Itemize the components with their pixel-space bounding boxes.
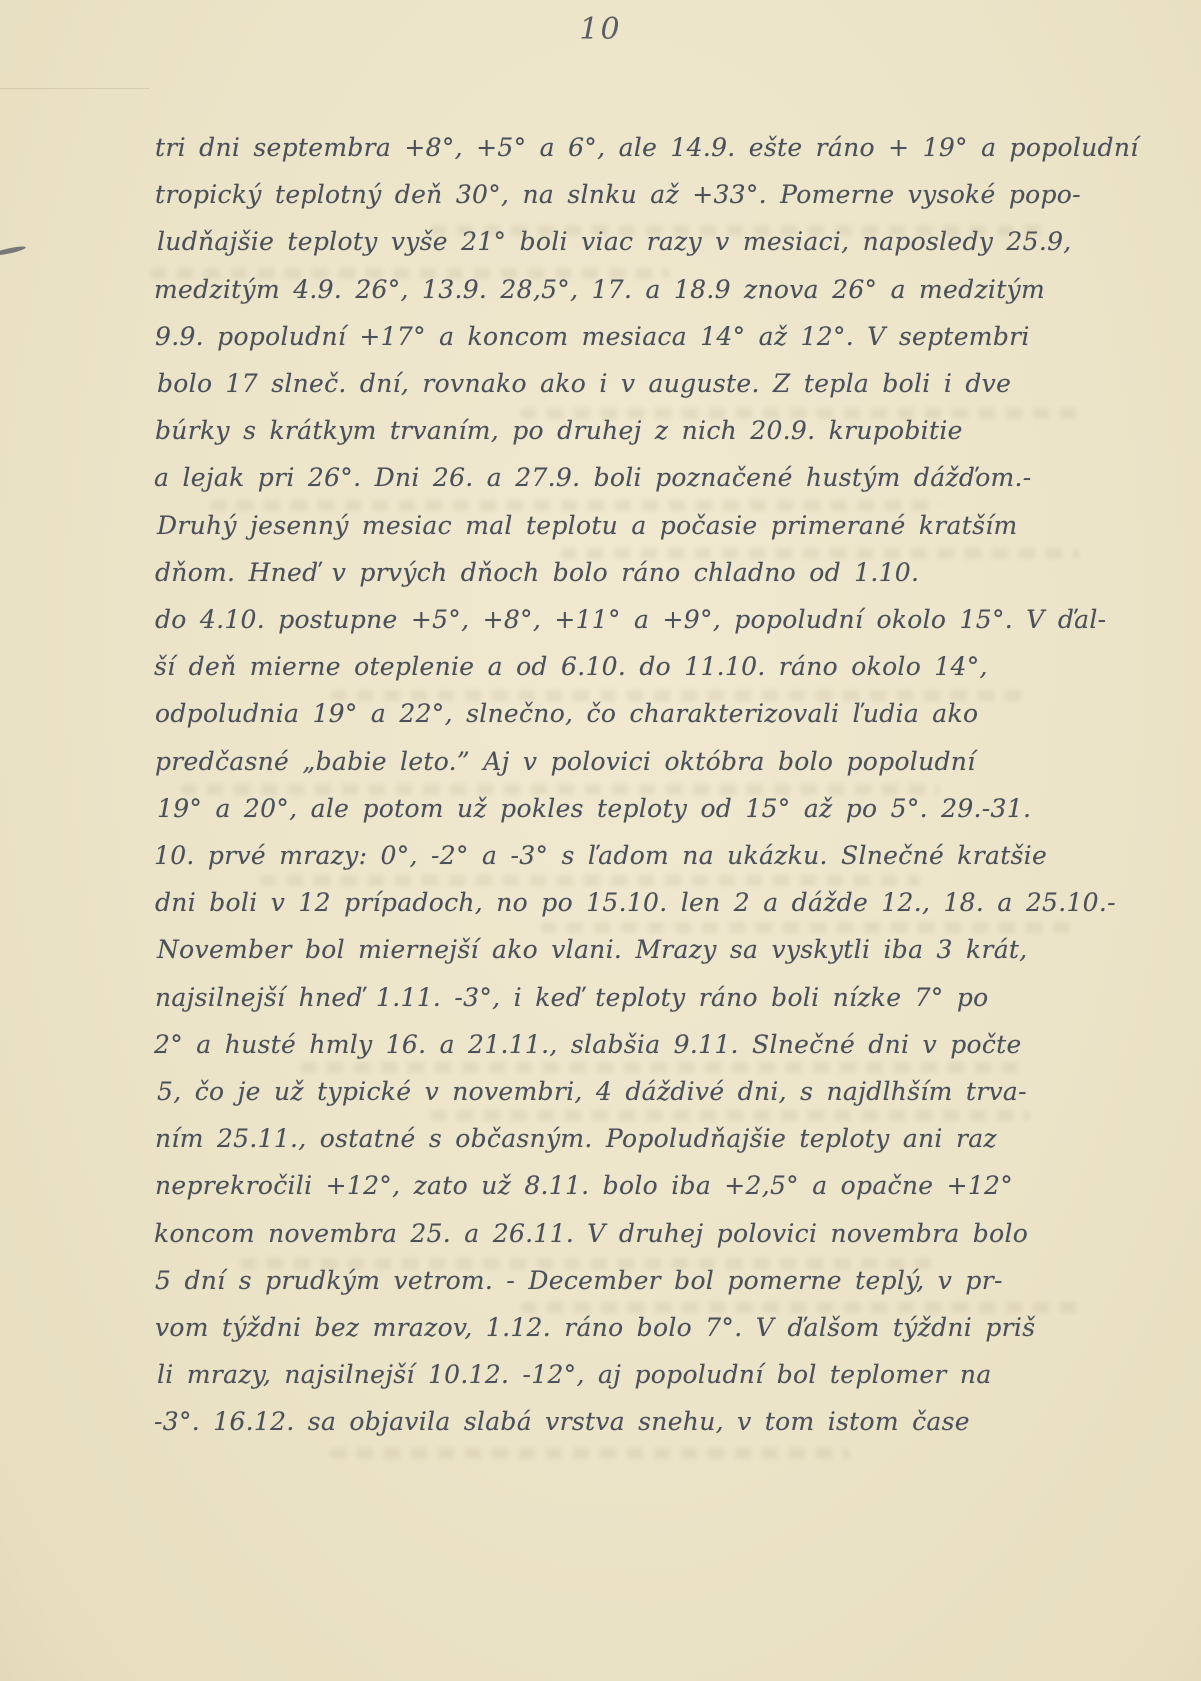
handwritten-line: 5 dní s prudkým vetrom. - December bol p… <box>155 1257 1146 1304</box>
page-number: 10 <box>0 12 1201 47</box>
handwritten-line: ší deň mierne oteplenie a od 6.10. do 11… <box>154 643 1146 690</box>
handwritten-line: li mrazy, najsilnejší 10.12. -12°, aj po… <box>157 1351 1146 1398</box>
handwritten-line: 2° a husté hmly 16. a 21.11., slabšia 9.… <box>154 1021 1146 1068</box>
paper-edge-line <box>0 88 150 89</box>
handwritten-line: odpoludnia 19° a 22°, slnečno, čo charak… <box>155 690 1146 737</box>
handwritten-line: dňom. Hneď v prvých dňoch bolo ráno chla… <box>155 549 1146 596</box>
pen-mark <box>0 245 26 256</box>
handwritten-line: predčasné „babie leto.” Aj v polovici ok… <box>155 738 1146 785</box>
handwritten-line: ním 25.11., ostatné s občasným. Popoludň… <box>155 1115 1146 1162</box>
ink-bleedthrough <box>330 1448 850 1459</box>
handwritten-line: 5, čo je už typické v novembri, 4 dáždiv… <box>157 1068 1146 1115</box>
handwritten-line: medzitým 4.9. 26°, 13.9. 28,5°, 17. a 18… <box>154 266 1146 313</box>
handwritten-line: a lejak pri 26°. Dni 26. a 27.9. boli po… <box>154 454 1146 501</box>
handwritten-line: tri dni septembra +8°, +5° a 6°, ale 14.… <box>155 124 1146 171</box>
handwritten-line: vom týždni bez mrazov, 1.12. ráno bolo 7… <box>155 1304 1146 1351</box>
handwritten-line: November bol miernejší ako vlani. Mrazy … <box>157 926 1146 973</box>
handwritten-line: koncom novembra 25. a 26.11. V druhej po… <box>154 1210 1146 1257</box>
handwritten-line: ludňajšie teploty vyše 21° boli viac raz… <box>157 218 1146 265</box>
handwritten-line: -3°. 16.12. sa objavila slabá vrstva sne… <box>154 1398 1146 1445</box>
handwritten-line: dni boli v 12 prípadoch, no po 15.10. le… <box>155 879 1146 926</box>
handwritten-line: tropický teplotný deň 30°, na slnku až +… <box>155 171 1146 218</box>
handwritten-line: do 4.10. postupne +5°, +8°, +11° a +9°, … <box>155 596 1146 643</box>
handwritten-line: neprekročili +12°, zato už 8.11. bolo ib… <box>155 1162 1146 1209</box>
handwritten-line: bolo 17 slneč. dní, rovnako ako i v augu… <box>157 360 1146 407</box>
handwritten-line: 9.9. popoludní +17° a koncom mesiaca 14°… <box>155 313 1146 360</box>
handwritten-line: najsilnejší hneď 1.11. -3°, i keď teplot… <box>155 974 1146 1021</box>
handwritten-line: Druhý jesenný mesiac mal teplotu a počas… <box>157 502 1146 549</box>
manuscript-page: 10 tri dni septembra +8°, +5° a 6°, ale … <box>0 0 1201 1681</box>
handwriting-text: tri dni septembra +8°, +5° a 6°, ale 14.… <box>155 124 1146 1446</box>
handwritten-line: búrky s krátkym trvaním, po druhej z nic… <box>155 407 1146 454</box>
handwritten-line: 19° a 20°, ale potom už pokles teploty o… <box>157 785 1146 832</box>
handwritten-line: 10. prvé mrazy: 0°, -2° a -3° s ľadom na… <box>154 832 1146 879</box>
